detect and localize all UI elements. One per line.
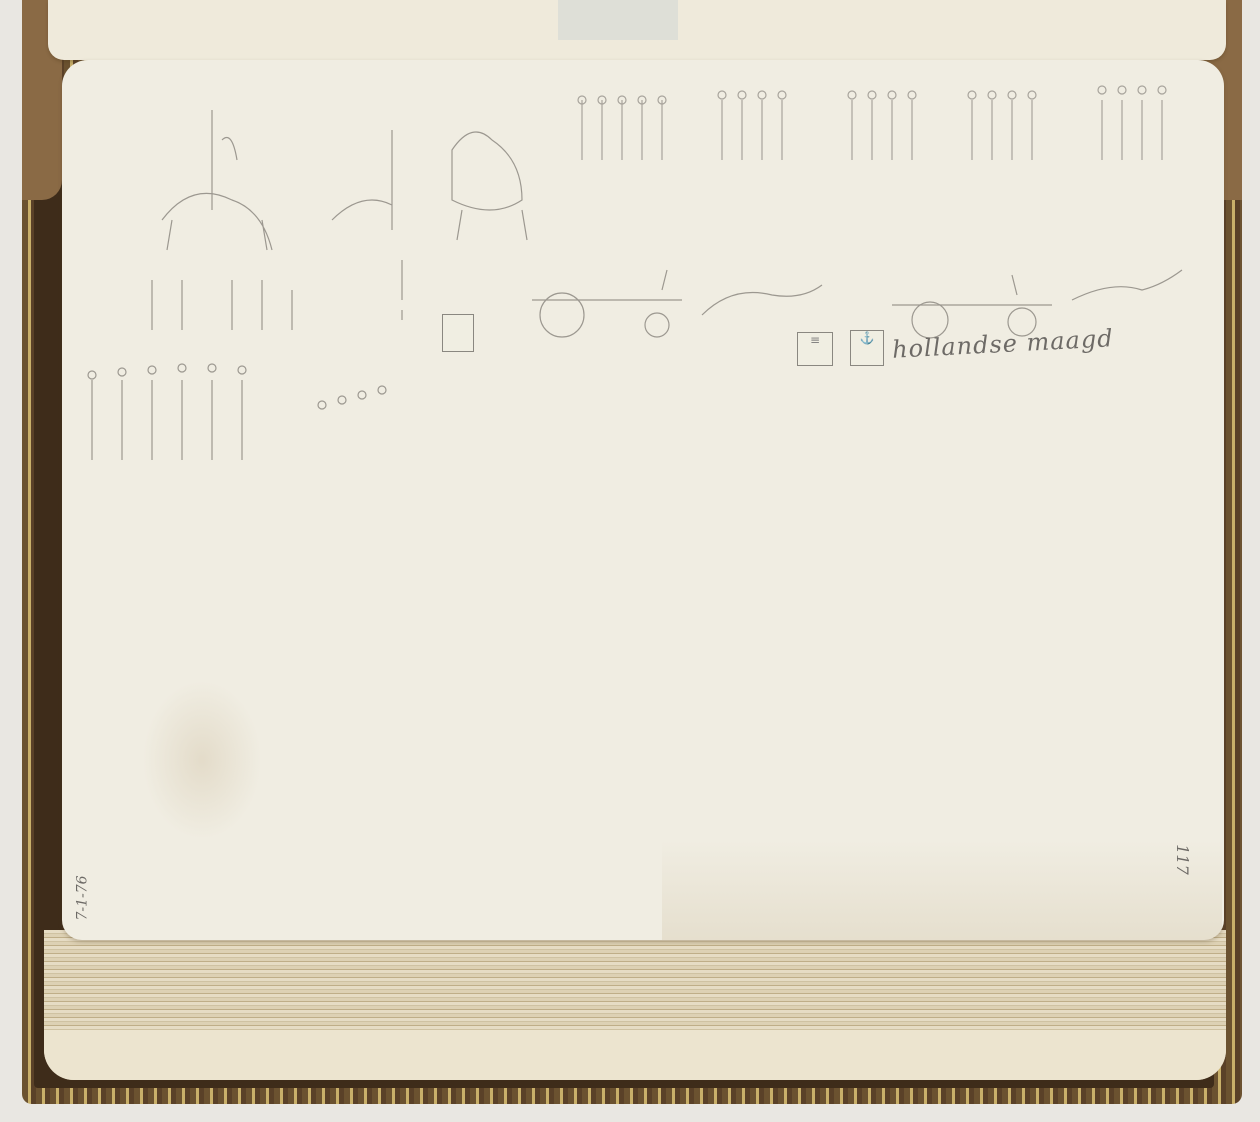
flag-sketch-stripes: ≡ <box>797 332 833 366</box>
page-number: 117 <box>1173 844 1192 875</box>
inventory-mark: 7-1-76 <box>75 875 91 920</box>
facing-page <box>48 0 1226 60</box>
bleed-through <box>558 0 678 40</box>
flag-sketch-anchor: ⚓ <box>850 330 884 366</box>
sketch-page: ≡ ⚓ hollandse maagd 117 7-1-76 <box>62 60 1224 940</box>
page-stack-edges <box>44 930 1226 1080</box>
pencil-sketches <box>62 60 1224 940</box>
flag-sketch <box>442 314 474 352</box>
